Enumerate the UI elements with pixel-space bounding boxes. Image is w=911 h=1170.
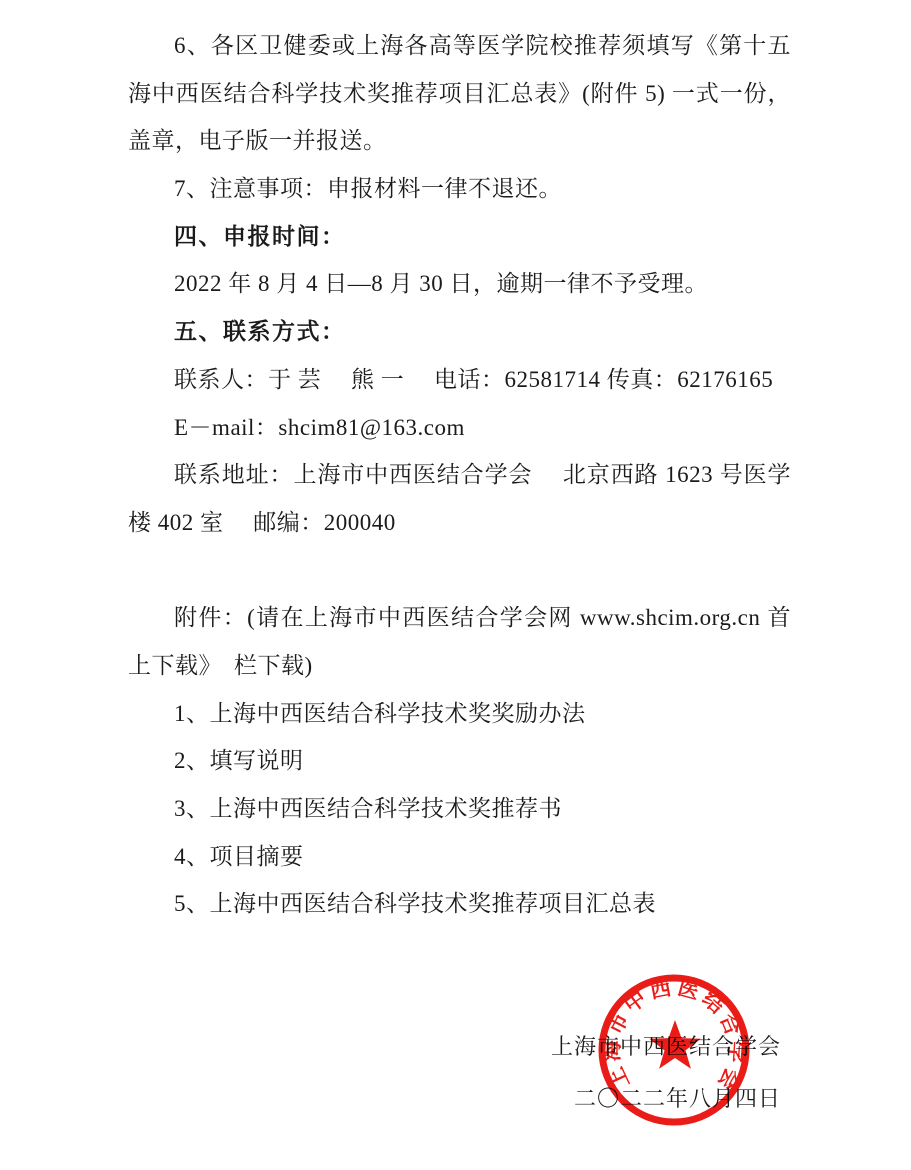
document-line: 7、注意事项：申报材料一律不退还。 <box>128 165 791 213</box>
document-line: E－mail：shcim81@163.com <box>128 404 791 452</box>
document-line: 5、上海中西医结合科学技术奖推荐项目汇总表 <box>128 880 791 928</box>
document-line: 1、上海中西医结合科学技术奖奖励办法 <box>128 690 791 738</box>
document-line <box>128 547 791 595</box>
official-seal-icon: 上海市中西医结合学会 <box>594 970 754 1130</box>
document-line: 上下载》 栏下载) <box>128 642 791 690</box>
document-line: 2022 年 8 月 4 日—8 月 30 日，逾期一律不予受理。 <box>128 260 791 308</box>
document-line: 6、各区卫健委或上海各高等医学院校推荐须填写《第十五届上 <box>128 22 791 70</box>
document-line: 五、联系方式： <box>128 308 791 356</box>
document-line: 联系人：于 芸 熊 一 电话：62581714 传真：62176165 <box>128 356 791 404</box>
document-line: 联系地址：上海市中西医结合学会 北京西路 1623 号医学会大 <box>128 451 791 499</box>
document-page: 6、各区卫健委或上海各高等医学院校推荐须填写《第十五届上海中西医结合科学技术奖推… <box>0 0 911 1170</box>
document-line: 2、填写说明 <box>128 737 791 785</box>
document-line: 海中西医结合科学技术奖推荐项目汇总表》(附件 5) 一式一份，打印 <box>128 70 791 118</box>
document-line: 附件：(请在上海市中西医结合学会网 www.shcim.org.cn 首页《网 <box>128 594 791 642</box>
document-line: 楼 402 室 邮编：200040 <box>128 499 791 547</box>
seal-star-icon <box>649 1020 700 1069</box>
document-body: 6、各区卫健委或上海各高等医学院校推荐须填写《第十五届上海中西医结合科学技术奖推… <box>128 22 791 928</box>
document-line: 4、项目摘要 <box>128 833 791 881</box>
document-line: 四、申报时间： <box>128 213 791 261</box>
document-line: 盖章，电子版一并报送。 <box>128 117 791 165</box>
document-line: 3、上海中西医结合科学技术奖推荐书 <box>128 785 791 833</box>
